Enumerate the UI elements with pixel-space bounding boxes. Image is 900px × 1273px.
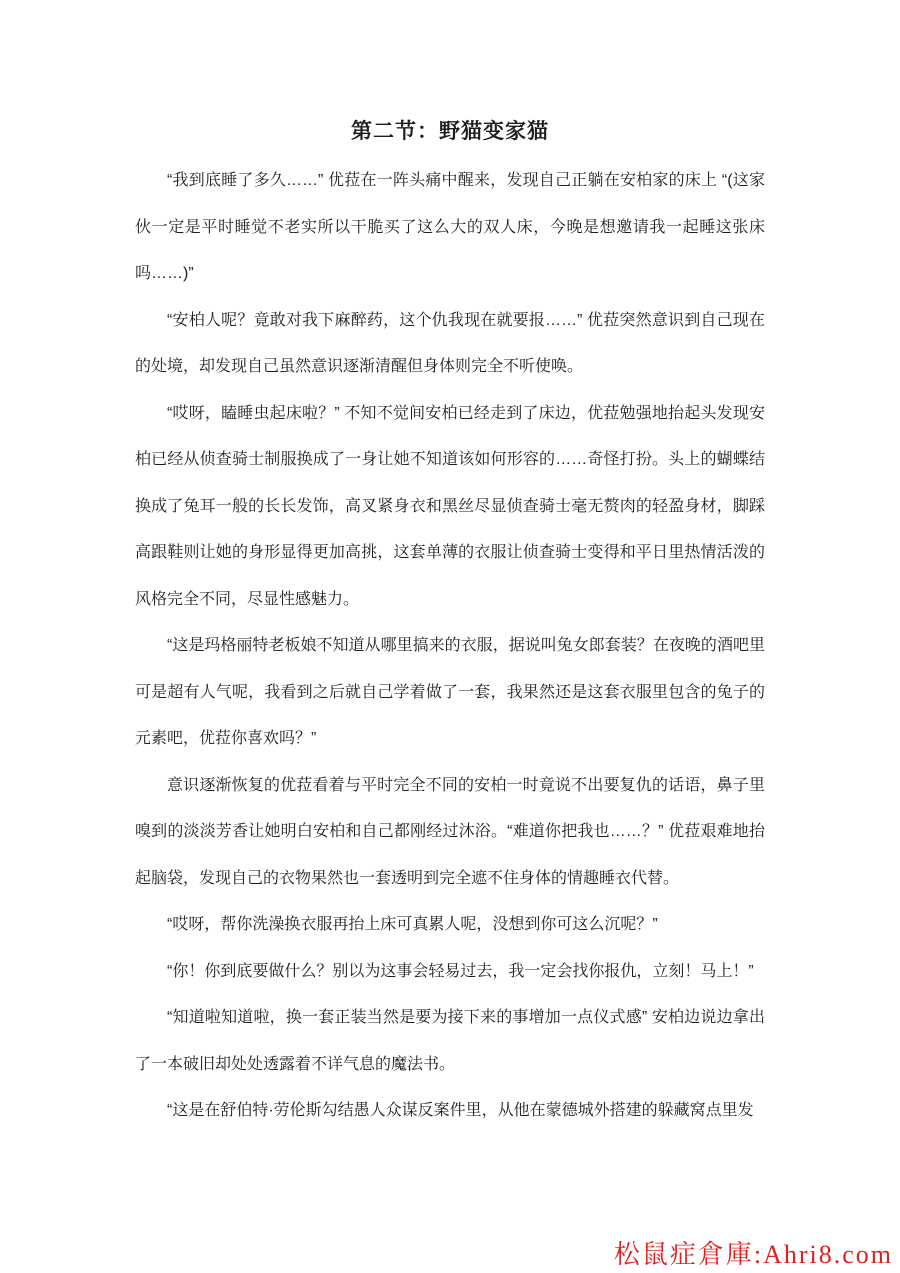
document-body: “我到底睡了多久……” 优菈在一阵头痛中醒来，发现自己正躺在安柏家的床上 “(这… xyxy=(135,158,765,1135)
paragraph: “安柏人呢？竟敢对我下麻醉药，这个仇我现在就要报……” 优菈突然意识到自己现在的… xyxy=(135,298,765,391)
paragraph: “这是在舒伯特·劳伦斯勾结愚人众谋反案件里，从他在蒙德城外搭建的躲藏窝点里发 xyxy=(135,1088,765,1135)
page-title: 第二节：野猫变家猫 xyxy=(135,118,765,146)
paragraph: 意识逐渐恢复的优菈看着与平时完全不同的安柏一时竟说不出要复仇的话语，鼻子里嗅到的… xyxy=(135,763,765,903)
paragraph: “我到底睡了多久……” 优菈在一阵头痛中醒来，发现自己正躺在安柏家的床上 “(这… xyxy=(135,158,765,298)
paragraph: “知道啦知道啦，换一套正装当然是要为接下来的事增加一点仪式感” 安柏边说边拿出了… xyxy=(135,995,765,1088)
paragraph: “你！你到底要做什么？别以为这事会轻易过去，我一定会找你报仇，立刻！马上！” xyxy=(135,949,765,996)
paragraph: “哎呀，帮你洗澡换衣服再抬上床可真累人呢，没想到你可这么沉呢？” xyxy=(135,902,765,949)
document-page: 第二节：野猫变家猫 “我到底睡了多久……” 优菈在一阵头痛中醒来，发现自己正躺在… xyxy=(135,118,765,1135)
paragraph: “这是玛格丽特老板娘不知道从哪里搞来的衣服，据说叫兔女郎套装？在夜晚的酒吧里可是… xyxy=(135,623,765,763)
watermark: 松鼠症倉庫:Ahri8.com xyxy=(614,1241,893,1269)
paragraph: “哎呀，瞌睡虫起床啦？” 不知不觉间安柏已经走到了床边，优菈勉强地抬起头发现安柏… xyxy=(135,391,765,624)
